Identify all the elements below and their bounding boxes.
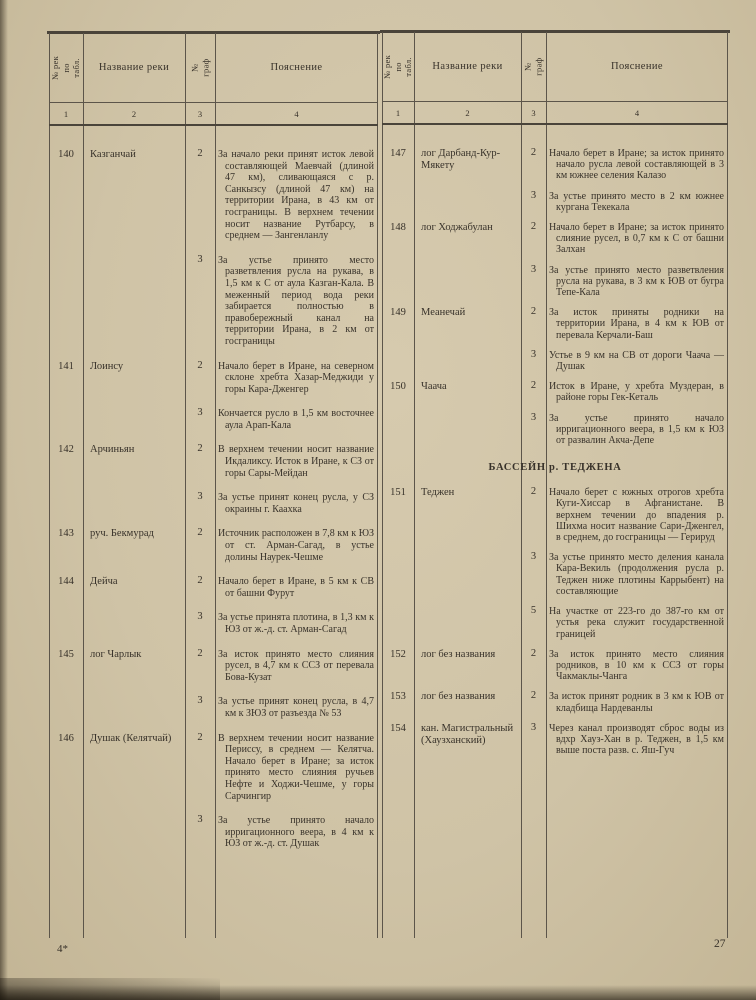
graf-number: 2	[185, 443, 215, 479]
explanation-text: Исток в Иране, у хребта Муздеран, в райо…	[546, 380, 728, 403]
graf-entry: 2За исток принято место слияния русел, в…	[185, 648, 378, 684]
explanation-text: Начало берет в Иране, на северном склоне…	[215, 360, 378, 396]
column-number-3: 3	[185, 103, 215, 124]
page-corner-shadow	[0, 978, 220, 1000]
table-body-right: 147лог Дарбанд-Кур-Мякету2Начало берет в…	[382, 125, 728, 764]
header-col-explanation: Пояснение	[546, 33, 728, 100]
graf-entry: 3За устье принято место в 2 км южнее кур…	[521, 190, 728, 213]
explanation-text: Устье в 9 км на СВ от дороги Чаача — Душ…	[546, 349, 728, 372]
column-number-1: 1	[49, 103, 83, 124]
table-row: 145лог Чарлык2За исток принято место сли…	[49, 648, 378, 720]
table-row: 154кан. Магистральный (Хаузханский)3Чере…	[382, 722, 728, 757]
graf-entry: 3За устье принято место деления канала К…	[521, 551, 728, 597]
graf-entry: 2Начало берет в Иране, на северном склон…	[185, 360, 378, 396]
river-number-cell: 145	[49, 648, 83, 720]
graf-entry: 3За устье принята плотина, в 1,3 км к ЮЗ…	[185, 611, 378, 635]
river-number-cell: 142	[49, 443, 83, 515]
graf-entry: 2Начало берет в Иране; за исток принято …	[521, 221, 728, 256]
column-number-1: 1	[382, 102, 414, 123]
explanation-text: На участке от 223-го до 387-го км от уст…	[546, 605, 728, 640]
explanation-text: Начало берет в Иране; за исток принято н…	[546, 147, 728, 182]
header-col-graf-number: № граф	[521, 33, 546, 100]
graf-number: 2	[521, 648, 546, 683]
graf-number: 2	[521, 486, 546, 543]
explanation-cell: 2За исток принят родник в 3 км к ЮВ от к…	[521, 690, 728, 713]
explanation-text: За исток приняты родники на территории И…	[546, 306, 728, 341]
graf-entry: 2За исток принят родник в 3 км к ЮВ от к…	[521, 690, 728, 713]
explanation-text: Кончается русло в 1,5 км восточнее аула …	[215, 407, 378, 431]
table-row: 151Теджен2Начало берет с южных отрогов х…	[382, 486, 728, 639]
river-number-cell: 141	[49, 360, 83, 432]
river-name-cell: Арчиньян	[83, 443, 185, 515]
graf-number: 2	[185, 732, 215, 803]
graf-entry: 2Исток в Иране, у хребта Муздеран, в рай…	[521, 380, 728, 403]
river-name-cell: Меанечай	[414, 306, 521, 372]
explanation-text: В верхнем течении носит название Икдалик…	[215, 443, 378, 479]
graf-entry: 3Кончается русло в 1,5 км восточнее аула…	[185, 407, 378, 431]
table-row: 153лог без названия2За исток принят родн…	[382, 690, 728, 713]
explanation-cell: 2Исток в Иране, у хребта Муздеран, в рай…	[521, 380, 728, 446]
river-number-cell: 150	[382, 380, 414, 446]
column-number-2: 2	[414, 102, 521, 123]
graf-number: 3	[521, 722, 546, 757]
table-row: 146Душак (Келятчай)2В верхнем течении но…	[49, 732, 378, 850]
explanation-text: За устье принято место в 2 км южнее кург…	[546, 190, 728, 213]
graf-number: 2	[185, 648, 215, 684]
rivers-table-left: № рек по табл. Название реки № граф Пояс…	[49, 31, 378, 938]
explanation-cell: 3Через канал производят сброс воды из вд…	[521, 722, 728, 757]
graf-number: 2	[521, 306, 546, 341]
graf-entry: 3За устье принято место разветвления рус…	[521, 264, 728, 299]
river-number-cell: 152	[382, 648, 414, 683]
river-name-cell: кан. Магистральный (Хаузханский)	[414, 722, 521, 757]
river-number-cell: 146	[49, 732, 83, 850]
column-number-3: 3	[521, 102, 546, 123]
river-number-cell: 148	[382, 221, 414, 298]
river-number-cell: 140	[49, 148, 83, 348]
graf-number: 2	[521, 147, 546, 182]
table-body-left: 140Казганчай2За начало реки принят исток…	[49, 126, 378, 862]
explanation-text: За устье принято место разветвления русл…	[215, 254, 378, 348]
river-number-cell: 154	[382, 722, 414, 757]
river-name-cell: Душак (Келятчай)	[83, 732, 185, 850]
river-name-cell: лог без названия	[414, 648, 521, 683]
header-col-explanation: Пояснение	[215, 34, 378, 101]
graf-entry: 3За устье принято начало ирригационного …	[521, 412, 728, 447]
river-name-cell: Теджен	[414, 486, 521, 639]
graf-entry: 3За устье принято место разветвления рус…	[185, 254, 378, 348]
graf-entry: 3Устье в 9 км на СВ от дороги Чаача — Ду…	[521, 349, 728, 372]
explanation-cell: 2Начало берет в Иране; за исток принято …	[521, 147, 728, 213]
river-name-cell: лог без названия	[414, 690, 521, 713]
river-name-cell: лог Дарбанд-Кур-Мякету	[414, 147, 521, 213]
graf-number: 3	[185, 695, 215, 719]
column-number-4: 4	[546, 102, 728, 123]
explanation-text: За устье принято место деления канала Ка…	[546, 551, 728, 597]
table-row: 149Меанечай2За исток приняты родники на …	[382, 306, 728, 372]
header-col-river-name: Название реки	[414, 33, 521, 100]
rivers-table-right: № рек по табл. Название реки № граф Пояс…	[382, 30, 728, 938]
header-col-graf-number: № граф	[185, 34, 215, 101]
graf-number: 3	[521, 349, 546, 372]
explanation-text: За исток принято место слияния русел, в …	[215, 648, 378, 684]
table-row: 144Дейча2Начало берет в Иране, в 5 км к …	[49, 575, 378, 635]
graf-entry: 3За устье принят конец русла, в 4,7 км к…	[185, 695, 378, 719]
page-left-shadow	[0, 0, 8, 1000]
graf-number: 3	[521, 412, 546, 447]
explanation-text: За устье принят конец русла, в 4,7 км к …	[215, 695, 378, 719]
table-row: 140Казганчай2За начало реки принят исток…	[49, 148, 378, 348]
explanation-text: За исток принят родник в 3 км к ЮВ от кл…	[546, 690, 728, 713]
graf-number: 3	[521, 190, 546, 213]
river-number-cell: 153	[382, 690, 414, 713]
graf-entry: 3За устье принято начало ирригационного …	[185, 814, 378, 850]
graf-entry: 3Через канал производят сброс воды из вд…	[521, 722, 728, 757]
river-number-cell: 144	[49, 575, 83, 635]
explanation-text: Начало берет с южных отрогов хребта Куги…	[546, 486, 728, 543]
graf-number: 3	[521, 551, 546, 597]
explanation-cell: 2За исток приняты родники на территории …	[521, 306, 728, 372]
graf-number: 3	[185, 254, 215, 348]
river-name-cell: Дейча	[83, 575, 185, 635]
explanation-cell: 2Начало берет в Иране, в 5 км к СВ от ба…	[185, 575, 378, 635]
river-number-cell: 147	[382, 147, 414, 213]
graf-entry: 2За начало реки принят исток левой соста…	[185, 148, 378, 242]
graf-entry: 2В верхнем течении носит название Перисс…	[185, 732, 378, 803]
explanation-text: Источник расположен в 7,8 км к ЮЗ от ст.…	[215, 527, 378, 563]
graf-number: 2	[185, 575, 215, 599]
header-col-river-number: № рек по табл.	[49, 34, 83, 101]
river-name-cell: Чаача	[414, 380, 521, 446]
graf-number: 3	[185, 407, 215, 431]
explanation-text: Начало берет в Иране, в 5 км к СВ от баш…	[215, 575, 378, 599]
explanation-text: В верхнем течении носит название Периссу…	[215, 732, 378, 803]
graf-number: 2	[185, 148, 215, 242]
page-number: 27	[714, 938, 726, 950]
graf-entry: 2Источник расположен в 7,8 км к ЮЗ от ст…	[185, 527, 378, 563]
river-name-cell: Казганчай	[83, 148, 185, 348]
graf-number: 2	[521, 221, 546, 256]
header-col-river-name: Название реки	[83, 34, 185, 101]
explanation-cell: 2Начало берет в Иране, на северном склон…	[185, 360, 378, 432]
explanation-cell: 2Источник расположен в 7,8 км к ЮЗ от ст…	[185, 527, 378, 563]
graf-number: 2	[521, 690, 546, 713]
graf-number: 3	[185, 814, 215, 850]
river-name-cell: руч. Бекмурад	[83, 527, 185, 563]
explanation-text: Через канал производят сброс воды из вдх…	[546, 722, 728, 757]
section-heading: БАССЕЙН р. ТЕДЖЕНА	[382, 462, 728, 473]
explanation-text: Начало берет в Иране; за исток принято с…	[546, 221, 728, 256]
graf-number: 5	[521, 605, 546, 640]
explanation-cell: 2Начало берет в Иране; за исток принято …	[521, 221, 728, 298]
river-name-cell: лог Ходжабулан	[414, 221, 521, 298]
river-number-cell: 151	[382, 486, 414, 639]
explanation-cell: 2Начало берет с южных отрогов хребта Куг…	[521, 486, 728, 639]
table-row: 148лог Ходжабулан2Начало берет в Иране; …	[382, 221, 728, 298]
graf-entry: 2За исток приняты родники на территории …	[521, 306, 728, 341]
graf-entry: 2Начало берет в Иране, в 5 км к СВ от ба…	[185, 575, 378, 599]
river-number-cell: 143	[49, 527, 83, 563]
graf-number: 2	[185, 527, 215, 563]
table-row: 142Арчиньян2В верхнем течении носит назв…	[49, 443, 378, 515]
graf-number: 2	[521, 380, 546, 403]
explanation-text: За устье принято начало ирригационного в…	[546, 412, 728, 447]
explanation-cell: 2В верхнем течении носит название Икдали…	[185, 443, 378, 515]
graf-entry: 3За устье принят конец русла, у СЗ окраи…	[185, 491, 378, 515]
header-col-river-number: № рек по табл.	[382, 33, 414, 100]
explanation-cell: 2За исток принято место слияния родников…	[521, 648, 728, 683]
table-row: 152лог без названия2За исток принято мес…	[382, 648, 728, 683]
explanation-text: За исток принято место слияния родников,…	[546, 648, 728, 683]
river-name-cell: Лоинсу	[83, 360, 185, 432]
explanation-text: За устье принято место разветвления русл…	[546, 264, 728, 299]
column-number-4: 4	[215, 103, 378, 124]
explanation-cell: 2За исток принято место слияния русел, в…	[185, 648, 378, 720]
graf-number: 3	[185, 611, 215, 635]
explanation-cell: 2В верхнем течении носит название Перисс…	[185, 732, 378, 850]
explanation-text: За устье принято начало ирригационного в…	[215, 814, 378, 850]
explanation-text: За устье принят конец русла, у СЗ окраин…	[215, 491, 378, 515]
graf-number: 3	[185, 491, 215, 515]
graf-entry: 2Начало берет в Иране; за исток принято …	[521, 147, 728, 182]
graf-entry: 5На участке от 223-го до 387-го км от ус…	[521, 605, 728, 640]
graf-entry: 2В верхнем течении носит название Икдали…	[185, 443, 378, 479]
river-number-cell: 149	[382, 306, 414, 372]
graf-number: 2	[185, 360, 215, 396]
graf-entry: 2За исток принято место слияния родников…	[521, 648, 728, 683]
signature-mark: 4*	[57, 943, 68, 955]
table-row: 141Лоинсу2Начало берет в Иране, на север…	[49, 360, 378, 432]
table-row: 143руч. Бекмурад2Источник расположен в 7…	[49, 527, 378, 563]
column-number-2: 2	[83, 103, 185, 124]
table-row: 147лог Дарбанд-Кур-Мякету2Начало берет в…	[382, 147, 728, 213]
graf-entry: 2Начало берет с южных отрогов хребта Куг…	[521, 486, 728, 543]
graf-number: 3	[521, 264, 546, 299]
explanation-cell: 2За начало реки принят исток левой соста…	[185, 148, 378, 348]
explanation-text: За устье принята плотина, в 1,3 км к ЮЗ …	[215, 611, 378, 635]
table-row: 150Чаача2Исток в Иране, у хребта Муздера…	[382, 380, 728, 446]
explanation-text: За начало реки принят исток левой состав…	[215, 148, 378, 242]
river-name-cell: лог Чарлык	[83, 648, 185, 720]
